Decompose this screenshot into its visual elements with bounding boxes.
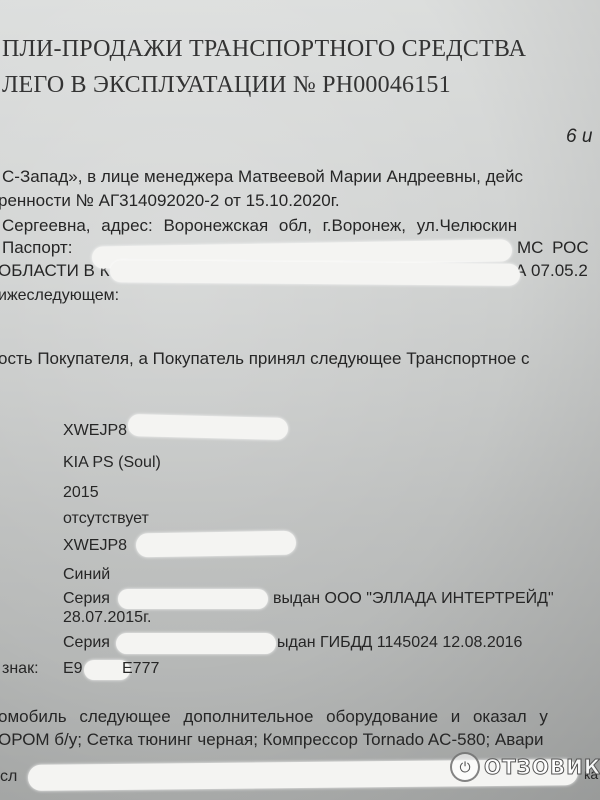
otzovik-watermark: ⏻ ОТЗОВИК bbox=[450, 752, 600, 782]
intro-line-power-of-attorney: ренности № АГ314092020-2 от 15.10.2020г. bbox=[0, 191, 340, 211]
pts-label: Серия bbox=[63, 590, 110, 608]
watermark-text: ОТЗОВИК bbox=[484, 755, 600, 779]
redaction-sts-number bbox=[116, 633, 276, 654]
vehicle-vin: XWEJP8 bbox=[63, 422, 127, 440]
passport-date-fragment: А 07.05.2 bbox=[515, 261, 588, 281]
sts-label: Серия bbox=[63, 634, 110, 652]
contract-date: 6 и bbox=[566, 126, 592, 148]
equipment-line1: омобиль следующее дополнительное оборудо… bbox=[0, 707, 548, 727]
sts-issuer: ыдан ГИБДД 1145024 12.08.2016 bbox=[277, 634, 522, 652]
vehicle-year: 2015 bbox=[63, 484, 99, 502]
power-circle-icon: ⏻ bbox=[450, 752, 480, 782]
pts-date: 28.07.2015г. bbox=[63, 609, 151, 627]
passport-issuer-fragment: МС РОС bbox=[517, 238, 589, 258]
paper-shading bbox=[0, 0, 600, 800]
vehicle-chassis: отсутствует bbox=[63, 510, 149, 528]
intro-line-address: Сергеевна, адрес: Воронежская обл, г.Вор… bbox=[2, 216, 517, 236]
pts-issuer: выдан ООО "ЭЛЛАДА ИНТЕРТРЕЙД" bbox=[273, 590, 554, 608]
redaction-vin bbox=[128, 414, 289, 440]
plate-label: знак: bbox=[2, 660, 39, 678]
vehicle-model: KIA PS (Soul) bbox=[63, 454, 161, 472]
plate-end: Е777 bbox=[122, 660, 159, 678]
vehicle-color: Синий bbox=[63, 566, 110, 584]
redaction-pts-number bbox=[118, 589, 268, 609]
plate-start: Е9 bbox=[63, 660, 83, 678]
bottom-fragment: сл bbox=[0, 768, 17, 786]
intro-line-seller: С-Запад», в лице менеджера Матвеевой Мар… bbox=[2, 167, 523, 187]
intro-line-end: ижеследующем: bbox=[0, 287, 119, 305]
transfer-clause: ость Покупателя, а Покупатель принял сле… bbox=[0, 349, 529, 369]
passport-region-fragment: ОБЛАСТИ В К bbox=[0, 261, 110, 281]
passport-label: Паспорт: bbox=[2, 238, 72, 258]
vehicle-body-number: XWEJP8 bbox=[63, 537, 127, 555]
contract-title-line1: ПЛИ-ПРОДАЖИ ТРАНСПОРТНОГО СРЕДСТВА bbox=[2, 36, 526, 63]
contract-title-line2: ЛЕГО В ЭКСПЛУАТАЦИИ № РН00046151 bbox=[2, 72, 451, 99]
redaction-body-number bbox=[136, 531, 296, 558]
redaction-passport-2 bbox=[110, 260, 520, 286]
equipment-line2: ОРОМ б/у; Сетка тюнинг черная; Компрессо… bbox=[0, 730, 544, 750]
